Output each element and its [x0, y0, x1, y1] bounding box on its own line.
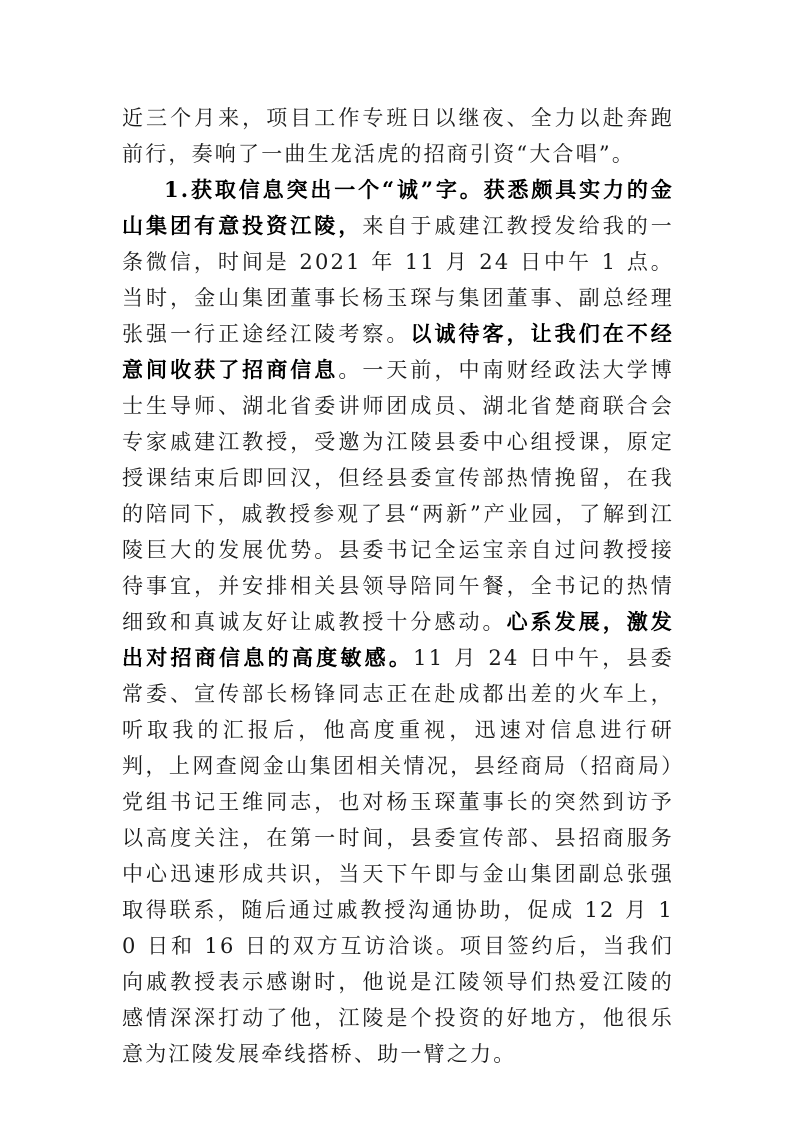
paragraph-text: 11 月 24 日中午，县委常委、宣传部长杨锋同志正在赴成都出差的火车上，听取我…: [122, 646, 674, 1066]
document-page: 近三个月来，项目工作专班日以继夜、全力以赴奔跑前行，奏响了一曲生龙活虎的招商引资…: [122, 100, 674, 1072]
paragraph-text: 近三个月来，项目工作专班日以继夜、全力以赴奔跑前行，奏响了一曲生龙活虎的招商引资…: [122, 106, 674, 166]
paragraph-intro: 近三个月来，项目工作专班日以继夜、全力以赴奔跑前行，奏响了一曲生龙活虎的招商引资…: [122, 100, 674, 172]
paragraph-text: 。一天前，中南财经政法大学博士生导师、湖北省委讲师团成员、湖北省楚商联合会专家戚…: [122, 358, 674, 634]
paragraph-section-1: 1.获取信息突出一个“诚”字。获悉颇具实力的金山集团有意投资江陵，来自于戚建江教…: [122, 172, 674, 1072]
